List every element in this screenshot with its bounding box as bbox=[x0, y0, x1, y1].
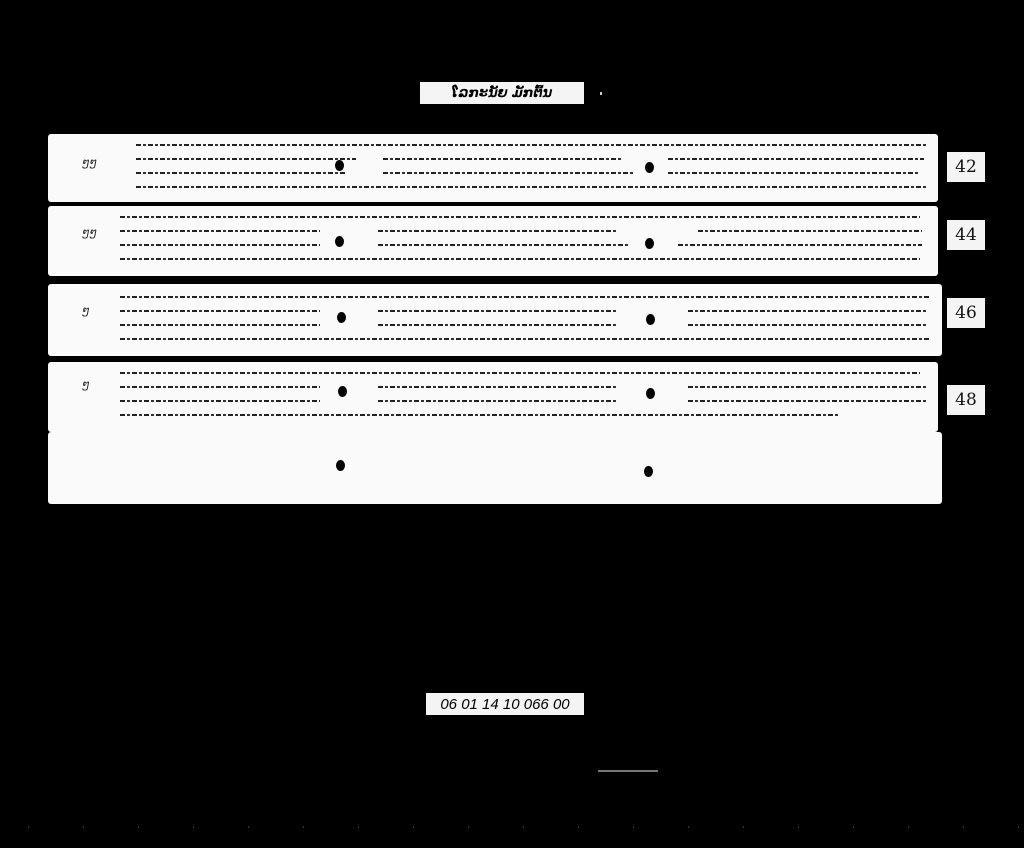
binding-hole-right bbox=[646, 314, 655, 325]
catalog-id-label: 06 01 14 10 066 00 bbox=[426, 693, 584, 715]
title-label: ໂລກະນັຍ ມັກຕົ້ນ bbox=[420, 82, 584, 104]
binding-hole-left bbox=[336, 460, 345, 471]
page-number-label: 48 bbox=[947, 385, 985, 415]
film-smear bbox=[598, 770, 658, 772]
page-number-label: 46 bbox=[947, 298, 985, 328]
binding-hole-right bbox=[644, 466, 653, 477]
binding-hole-left bbox=[335, 160, 344, 171]
palm-leaf-4: ໆ bbox=[48, 362, 938, 432]
palm-leaf-5-blank bbox=[48, 432, 942, 504]
binding-hole-left bbox=[337, 312, 346, 323]
leaf-margin-numeral: ໆໆ bbox=[82, 156, 97, 169]
palm-leaf-2: ໆໆ bbox=[48, 206, 938, 276]
page-number-label: 44 bbox=[947, 220, 985, 250]
binding-hole-right bbox=[646, 388, 655, 399]
film-tick-mark bbox=[600, 92, 602, 95]
leaf-margin-numeral: ໆ bbox=[82, 304, 89, 317]
page-number-label: 42 bbox=[947, 152, 985, 182]
leaf-margin-numeral: ໆໆ bbox=[82, 226, 97, 239]
binding-hole-left bbox=[335, 236, 344, 247]
leaf-margin-numeral: ໆ bbox=[82, 378, 89, 391]
binding-hole-right bbox=[645, 238, 654, 249]
binding-hole-left bbox=[338, 386, 347, 397]
palm-leaf-1: ໆໆ bbox=[48, 134, 938, 202]
palm-leaf-3: ໆ bbox=[48, 284, 942, 356]
binding-hole-right bbox=[645, 162, 654, 173]
film-edge-dots bbox=[0, 826, 1024, 828]
